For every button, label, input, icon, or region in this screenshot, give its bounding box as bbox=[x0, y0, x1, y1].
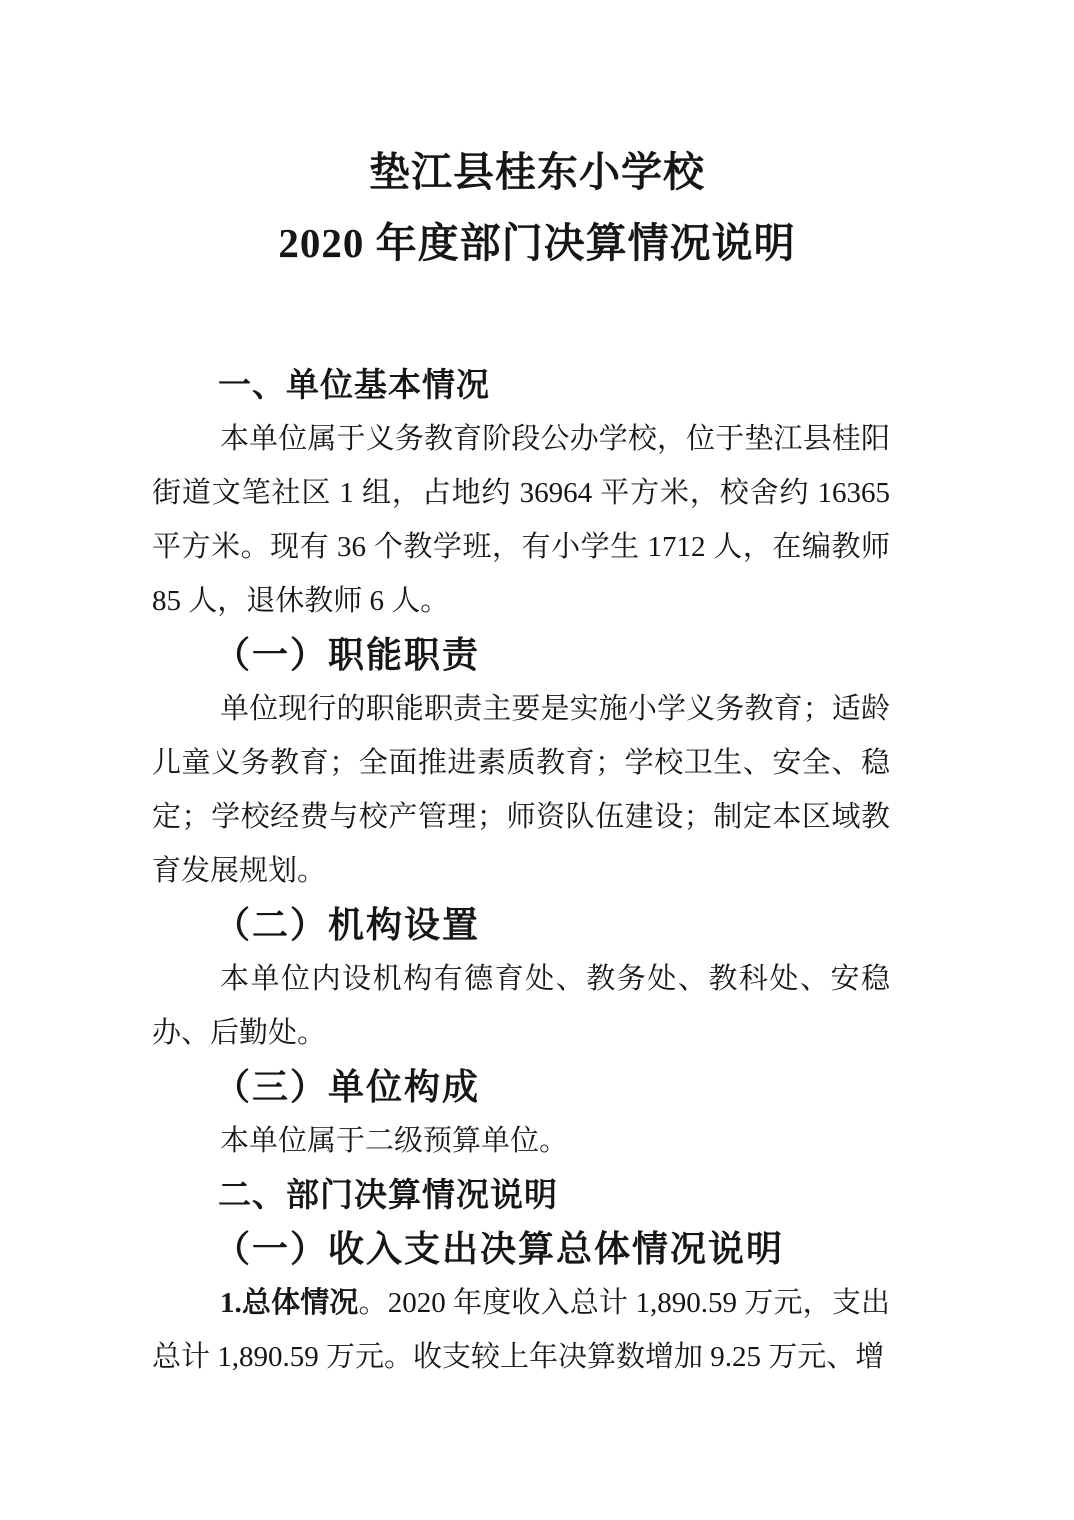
paragraph-unit-basic-info: 本单位属于义务教育阶段公办学校，位于垫江县桂阳街道文笔社区 1 组，占地约 36… bbox=[152, 412, 890, 628]
section-heading-final-accounts: 二、部门决算情况说明 bbox=[152, 1168, 890, 1222]
paragraph-unit-composition: 本单位属于二级预算单位。 bbox=[152, 1114, 890, 1168]
paragraph-overall-situation-lead: 1.总体情况 bbox=[220, 1287, 359, 1319]
subsection-heading-duties: （一）职能职责 bbox=[152, 628, 890, 682]
paragraph-organization: 本单位内设机构有德育处、教务处、教科处、安稳办、后勤处。 bbox=[152, 952, 890, 1060]
document-page: 垫江县桂东小学校 2020 年度部门决算情况说明 一、单位基本情况 本单位属于义… bbox=[0, 0, 1074, 1520]
subsection-heading-unit-composition: （三）单位构成 bbox=[152, 1060, 890, 1114]
subsection-heading-organization: （二）机构设置 bbox=[152, 898, 890, 952]
document-title-line1: 垫江县桂东小学校 bbox=[0, 150, 1074, 195]
paragraph-duties: 单位现行的职能职责主要是实施小学义务教育；适龄儿童义务教育；全面推进素质教育；学… bbox=[152, 682, 890, 898]
paragraph-overall-situation: 1.总体情况。2020 年度收入总计 1,890.59 万元，支出总计 1,89… bbox=[152, 1276, 890, 1384]
document-title-line2: 2020 年度部门决算情况说明 bbox=[0, 221, 1074, 266]
document-body: 一、单位基本情况 本单位属于义务教育阶段公办学校，位于垫江县桂阳街道文笔社区 1… bbox=[152, 358, 890, 1384]
subsection-heading-income-expenditure-overview: （一）收入支出决算总体情况说明 bbox=[152, 1222, 890, 1276]
section-heading-unit-basic-info: 一、单位基本情况 bbox=[152, 358, 890, 412]
document-title: 垫江县桂东小学校 2020 年度部门决算情况说明 bbox=[0, 0, 1074, 266]
